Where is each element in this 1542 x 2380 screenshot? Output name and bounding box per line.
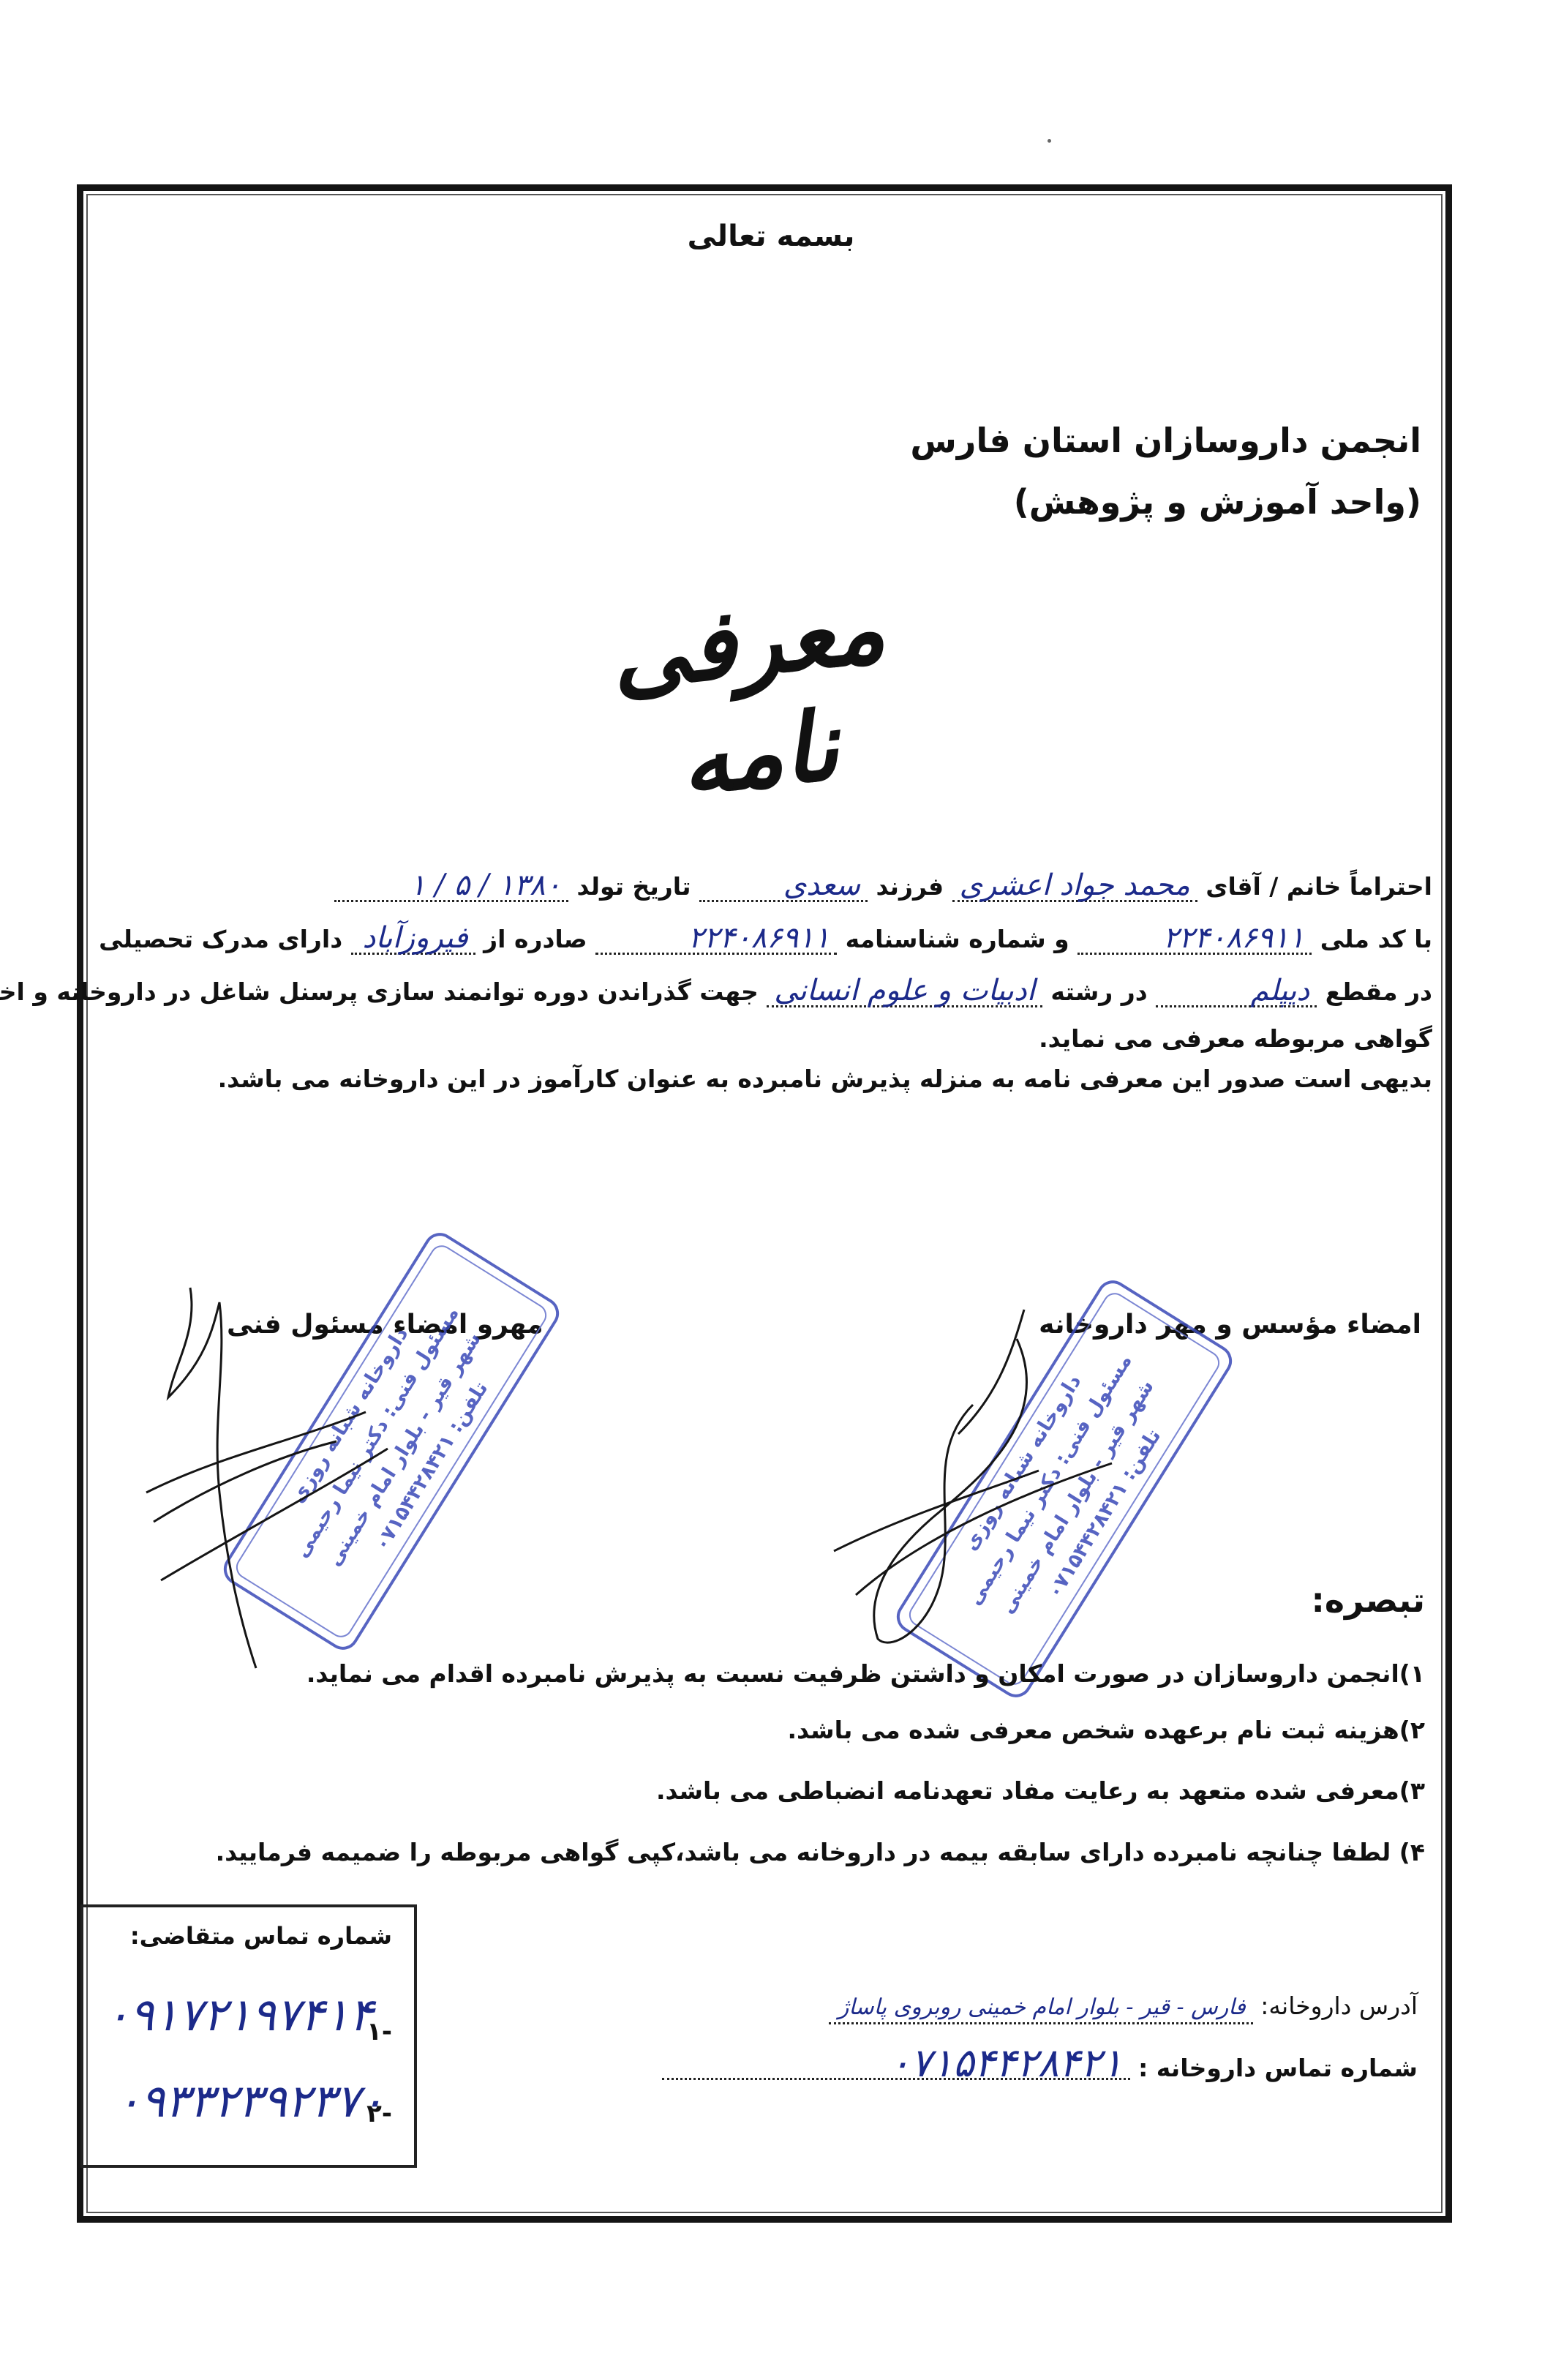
body-line-5: بدیهی است صدور این معرفی نامه به منزله پ… bbox=[218, 1065, 1432, 1093]
applicant-contact-box: شماره تماس متقاضی: -۱ ۰۹۱۷۲۱۹۷۴۱۴ -۲ ۰۹۳… bbox=[80, 1904, 417, 2168]
education-field-field: ادبیات و علوم انسانی bbox=[767, 976, 1042, 1007]
pharmacy-phone-field: ۰۷۱۵۴۴۲۸۴۲۱ bbox=[662, 2049, 1130, 2080]
salutation-label: احتراماً خانم / آقای bbox=[1206, 872, 1432, 901]
father-label: فرزند bbox=[876, 872, 944, 901]
body-line-2: با کد ملی ۲۲۴۰۸۶۹۱۱ و شماره شناسنامه ۲۲۴… bbox=[99, 923, 1432, 955]
pharmacy-address-row: آدرس داروخانه: فارس - قیر - بلوار امام خ… bbox=[829, 1992, 1418, 2024]
course-text: جهت گذراندن دوره توانمند سازی پرسنل شاغل… bbox=[0, 977, 759, 1006]
body-line-1: احتراماً خانم / آقای محمد جواد اعشری فرز… bbox=[334, 871, 1432, 902]
note-item-4: ۴) لطفا چنانچه نامبرده دارای سابقه بیمه … bbox=[216, 1838, 1425, 1866]
father-name-field: سعدی bbox=[699, 871, 868, 902]
organization-name: انجمن داروسازان استان فارس bbox=[910, 410, 1421, 471]
contact-phone-2: ۰۹۳۳۲۳۹۲۳۷۰ bbox=[116, 2074, 384, 2128]
pharmacy-phone-row: شماره تماس داروخانه : ۰۷۱۵۴۴۲۸۴۲۱ bbox=[662, 2049, 1418, 2082]
birth-date-label: تاریخ تولد bbox=[577, 872, 691, 901]
degree-label: دارای مدرک تحصیلی bbox=[99, 925, 342, 953]
national-id-label: با کد ملی bbox=[1320, 925, 1432, 953]
contact-phone-1: ۰۹۱۷۲۱۹۷۴۱۴ bbox=[105, 1988, 373, 2041]
level-label: در مقطع bbox=[1325, 977, 1432, 1006]
issued-from-field: فیروزآباد bbox=[351, 923, 475, 955]
note-item-3: ۳)معرفی شده متعهد به رعایت مفاد تعهدنامه… bbox=[656, 1776, 1425, 1805]
organization-unit: (واحد آموزش و پژوهش) bbox=[910, 471, 1421, 533]
certificate-number-field: ۲۲۴۰۸۶۹۱۱ bbox=[595, 923, 837, 955]
body-line-3: در مقطع دیپلم در رشته ادبیات و علوم انسا… bbox=[0, 976, 1432, 1007]
applicant-name-field: محمد جواد اعشری bbox=[952, 871, 1197, 902]
pharmacy-address-label: آدرس داروخانه: bbox=[1260, 1992, 1418, 2020]
bismillah-heading: بسمه تعالی bbox=[0, 219, 1542, 253]
body-line-4: گواهی مربوطه معرفی می نماید. bbox=[1039, 1024, 1432, 1053]
founder-signature-icon bbox=[834, 1273, 1141, 1653]
birth-date-field: ۱۳۸۰ / ۵ / ۱ bbox=[334, 871, 568, 902]
notes-heading: تبصره: bbox=[1311, 1580, 1425, 1620]
technical-signature-icon bbox=[146, 1273, 454, 1683]
applicant-contact-title: شماره تماس متقاضی: bbox=[130, 1922, 392, 1950]
pharmacy-phone-label: شماره تماس داروخانه : bbox=[1138, 2054, 1418, 2082]
document-title: معرفی نامه bbox=[574, 568, 932, 826]
certificate-label: و شماره شناسنامه bbox=[846, 925, 1069, 953]
issued-from-label: صادره از bbox=[484, 925, 587, 953]
national-id-field: ۲۲۴۰۸۶۹۱۱ bbox=[1077, 923, 1312, 955]
scan-speck bbox=[1048, 139, 1051, 143]
note-item-2: ۲)هزینه ثبت نام برعهده شخص معرفی شده می … bbox=[788, 1716, 1425, 1744]
organization-header: انجمن داروسازان استان فارس (واحد آموزش و… bbox=[910, 410, 1421, 533]
note-item-1: ۱)انجمن داروسازان در صورت امکان و داشتن … bbox=[306, 1659, 1425, 1688]
education-level-field: دیپلم bbox=[1156, 976, 1317, 1007]
field-label: در رشته bbox=[1050, 977, 1147, 1006]
pharmacy-address-field: فارس - قیر - بلوار امام خمینی روبروی پاس… bbox=[829, 1993, 1253, 2024]
